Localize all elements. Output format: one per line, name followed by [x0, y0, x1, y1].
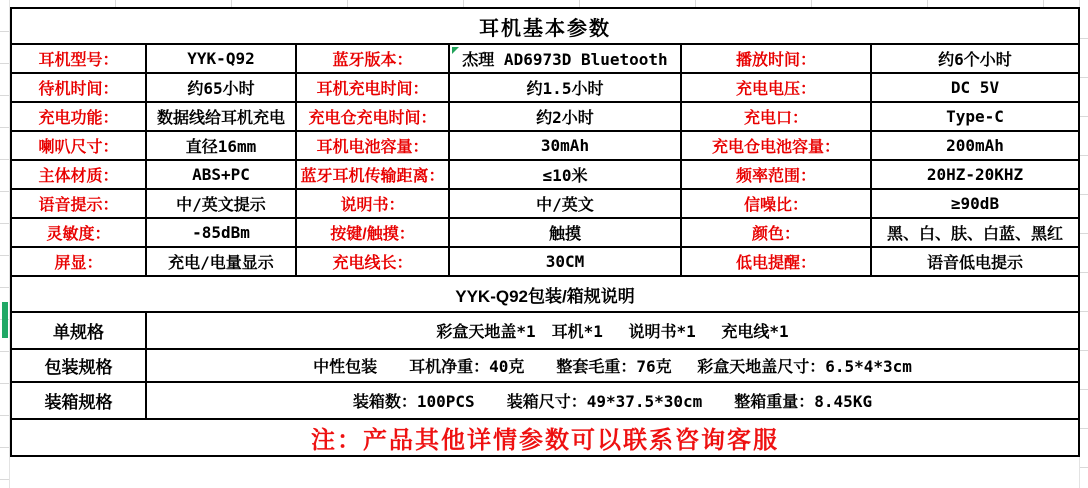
spec-label: 蓝牙耳机传输距离： [296, 160, 449, 189]
spec-value: -85dBm [146, 218, 296, 247]
spec-label: 充电功能： [11, 102, 146, 131]
spec-label: 喇叭尺寸： [11, 131, 146, 160]
spec-value: 中/英文 [449, 189, 681, 218]
spec-value-text: 杰理 AD6973D Bluetooth [462, 50, 667, 69]
packaging-row-pack: 包装规格 中性包装 耳机净重：40克 整套毛重：76克 彩盒天地盖尺寸：6.5*… [11, 349, 1079, 382]
grid-top-strip [0, 0, 1088, 7]
spec-row-2: 待机时间： 约65小时 耳机充电时间： 约1.5小时 充电电压： DC 5V [11, 73, 1079, 102]
spec-label: 屏显： [11, 247, 146, 276]
spec-label: 耳机电池容量： [296, 131, 449, 160]
packaging-value: 中性包装 耳机净重：40克 整套毛重：76克 彩盒天地盖尺寸：6.5*4*3cm [146, 349, 1079, 382]
spec-value: ≤10米 [449, 160, 681, 189]
spec-label: 灵敏度： [11, 218, 146, 247]
packaging-row-carton: 装箱规格 装箱数：100PCS 装箱尺寸：49*37.5*30cm 整箱重量：8… [11, 382, 1079, 419]
spec-label: 颜色： [681, 218, 871, 247]
spec-value: 触摸 [449, 218, 681, 247]
title-row: 耳机基本参数 [11, 8, 1079, 44]
packaging-value: 彩盒天地盖*1 耳机*1 说明书*1 充电线*1 [146, 312, 1079, 349]
spec-value: Type-C [871, 102, 1079, 131]
spec-row-4: 喇叭尺寸： 直径16mm 耳机电池容量： 30mAh 充电仓电池容量： 200m… [11, 131, 1079, 160]
packaging-row-single: 单规格 彩盒天地盖*1 耳机*1 说明书*1 充电线*1 [11, 312, 1079, 349]
spec-label: 蓝牙版本： [296, 44, 449, 73]
spec-value: 数据线给耳机充电 [146, 102, 296, 131]
spec-table: 耳机基本参数 耳机型号： YYK-Q92 蓝牙版本： 杰理 AD6973D Bl… [10, 7, 1080, 457]
spec-label: 充电仓电池容量： [681, 131, 871, 160]
spec-value: 语音低电提示 [871, 247, 1079, 276]
spec-label: 充电线长： [296, 247, 449, 276]
packaging-label: 单规格 [11, 312, 146, 349]
spec-value: ABS+PC [146, 160, 296, 189]
packaging-value: 装箱数：100PCS 装箱尺寸：49*37.5*30cm 整箱重量：8.45KG [146, 382, 1079, 419]
spec-label: 待机时间： [11, 73, 146, 102]
cell-error-corner-icon [452, 47, 459, 54]
grid-left-strip [0, 0, 10, 488]
spec-label: 频率范围： [681, 160, 871, 189]
packaging-section-title: YYK-Q92包装/箱规说明 [11, 276, 1079, 312]
spec-label: 耳机充电时间： [296, 73, 449, 102]
spec-value: YYK-Q92 [146, 44, 296, 73]
spec-label: 低电提醒： [681, 247, 871, 276]
spec-value: 黑、白、肤、白蓝、黑红 [871, 218, 1079, 247]
spec-value: 约1.5小时 [449, 73, 681, 102]
packaging-label: 装箱规格 [11, 382, 146, 419]
spec-value: 200mAh [871, 131, 1079, 160]
spec-value: 充电/电量显示 [146, 247, 296, 276]
spec-value: 杰理 AD6973D Bluetooth [449, 44, 681, 73]
spec-value: 约65小时 [146, 73, 296, 102]
spec-label: 信噪比： [681, 189, 871, 218]
spec-label: 播放时间： [681, 44, 871, 73]
spec-value: ≥90dB [871, 189, 1079, 218]
table-title: 耳机基本参数 [11, 8, 1079, 44]
spec-label: 按键/触摸： [296, 218, 449, 247]
spec-label: 充电口： [681, 102, 871, 131]
spec-row-1: 耳机型号： YYK-Q92 蓝牙版本： 杰理 AD6973D Bluetooth… [11, 44, 1079, 73]
spec-label: 耳机型号： [11, 44, 146, 73]
row-highlight-marker [2, 302, 8, 338]
spec-value: 20HZ-20KHZ [871, 160, 1079, 189]
spreadsheet-canvas: 耳机基本参数 耳机型号： YYK-Q92 蓝牙版本： 杰理 AD6973D Bl… [0, 0, 1088, 488]
spec-value: 30CM [449, 247, 681, 276]
spec-value: 约2小时 [449, 102, 681, 131]
spec-row-3: 充电功能： 数据线给耳机充电 充电仓充电时间： 约2小时 充电口： Type-C [11, 102, 1079, 131]
footer-note: 注：产品其他详情参数可以联系咨询客服 [11, 419, 1079, 456]
packaging-label: 包装规格 [11, 349, 146, 382]
spec-label: 主体材质： [11, 160, 146, 189]
spec-label: 语音提示： [11, 189, 146, 218]
spec-label: 说明书： [296, 189, 449, 218]
spec-value: 约6个小时 [871, 44, 1079, 73]
spec-label: 充电仓充电时间： [296, 102, 449, 131]
spec-value: 中/英文提示 [146, 189, 296, 218]
spec-label: 充电电压： [681, 73, 871, 102]
footer-row: 注：产品其他详情参数可以联系咨询客服 [11, 419, 1079, 456]
spec-row-6: 语音提示： 中/英文提示 说明书： 中/英文 信噪比： ≥90dB [11, 189, 1079, 218]
grid-right-strip [1079, 0, 1088, 488]
packaging-section-row: YYK-Q92包装/箱规说明 [11, 276, 1079, 312]
spec-row-8: 屏显： 充电/电量显示 充电线长： 30CM 低电提醒： 语音低电提示 [11, 247, 1079, 276]
spec-row-7: 灵敏度： -85dBm 按键/触摸： 触摸 颜色： 黑、白、肤、白蓝、黑红 [11, 218, 1079, 247]
spec-value: 30mAh [449, 131, 681, 160]
spec-value: 直径16mm [146, 131, 296, 160]
spec-row-5: 主体材质： ABS+PC 蓝牙耳机传输距离： ≤10米 频率范围： 20HZ-2… [11, 160, 1079, 189]
spec-value: DC 5V [871, 73, 1079, 102]
